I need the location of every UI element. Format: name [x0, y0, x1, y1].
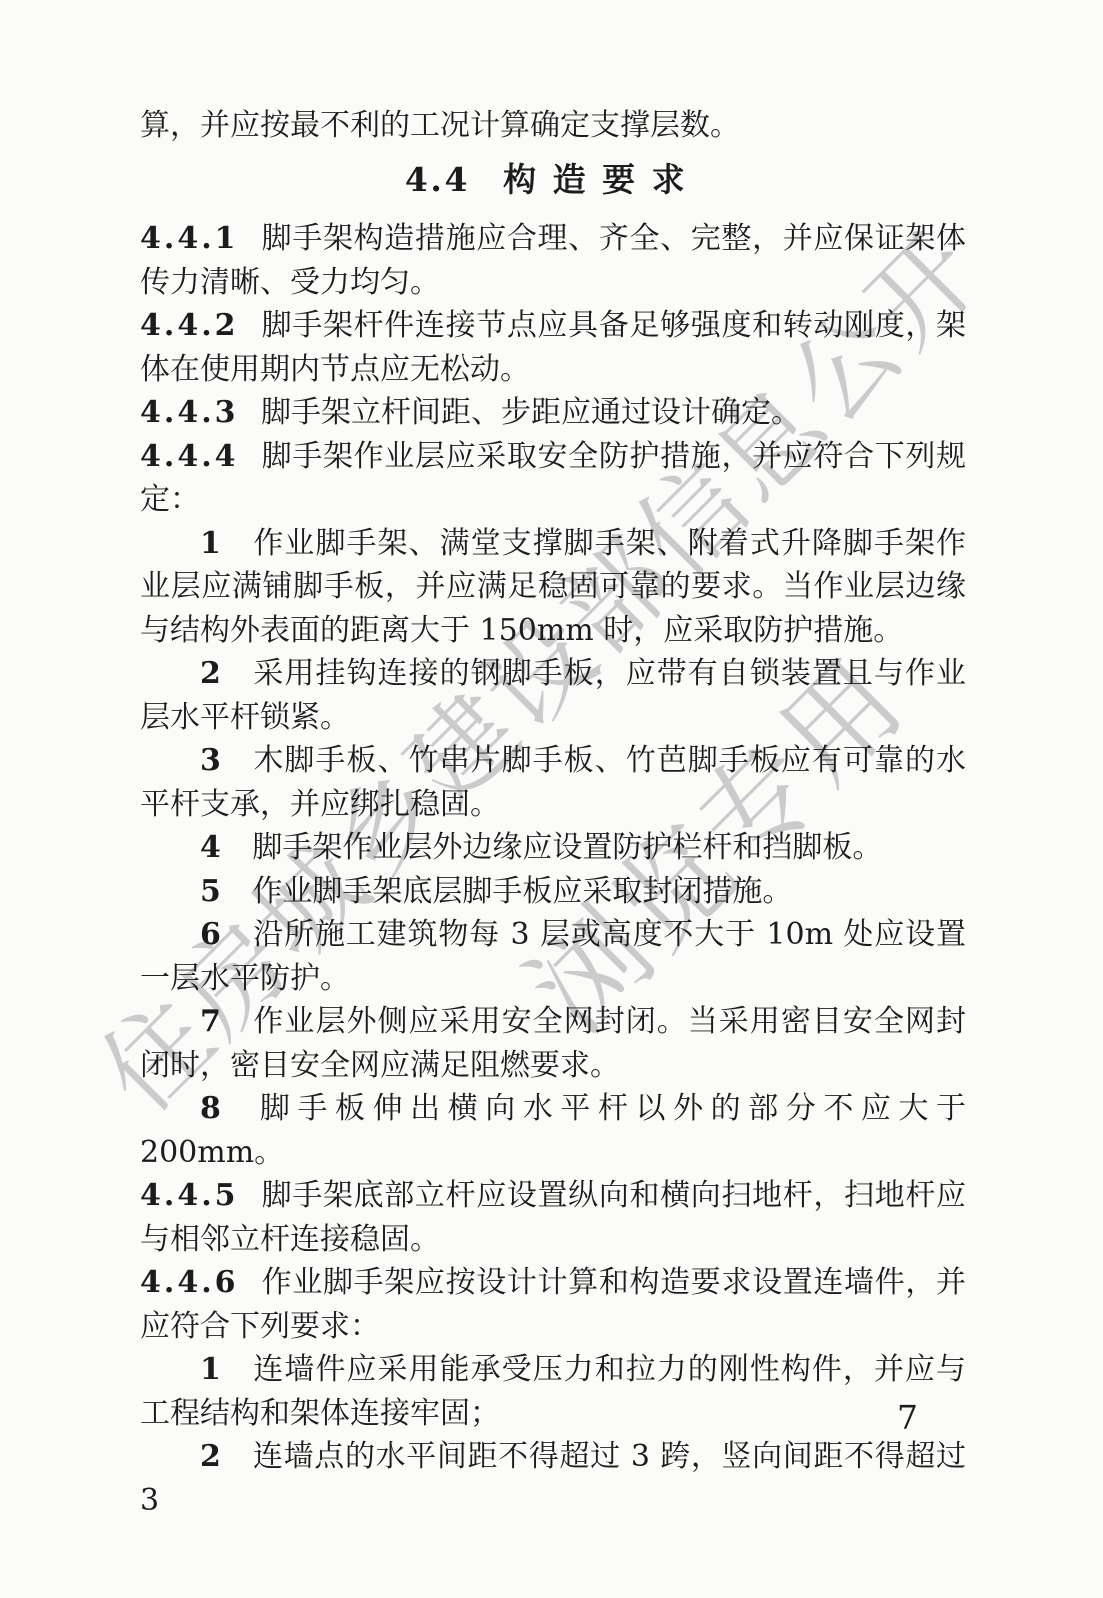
- item-text: 连墙件应采用能承受压力和拉力的刚性构件，并应与工程结构和架体连接牢固；: [140, 1352, 966, 1431]
- clause-text: 脚手架立杆间距、步距应通过设计确定。: [261, 395, 801, 430]
- item-number: 7: [200, 1004, 221, 1039]
- clause-4-4-4-item-5: 5作业脚手架底层脚手板应采取封闭措施。: [140, 870, 966, 914]
- clause-4-4-4-item-1: 1作业脚手架、满堂支撑脚手架、附着式升降脚手架作业层应满铺脚手板，并应满足稳固可…: [140, 522, 966, 653]
- item-text: 作业层外侧应采用安全网封闭。当采用密目安全网封闭时，密目安全网应满足阻燃要求。: [140, 1004, 966, 1083]
- item-number: 2: [200, 1439, 221, 1474]
- section-number: 4.4: [405, 160, 470, 199]
- clause-text: 脚手架作业层应采取安全防护措施，并应符合下列规定：: [140, 439, 966, 518]
- clause-number: 4.4.4: [140, 439, 239, 474]
- clause-4-4-2: 4.4.2脚手架杆件连接节点应具备足够强度和转动刚度，架体在使用期内节点应无松动…: [140, 304, 966, 391]
- item-text: 采用挂钩连接的钢脚手板，应带有自锁装置且与作业层水平杆锁紧。: [140, 656, 966, 735]
- clause-text: 作业脚手架应按设计计算和构造要求设置连墙件，并应符合下列要求：: [140, 1265, 966, 1344]
- clause-number: 4.4.2: [140, 308, 239, 343]
- item-number: 5: [200, 874, 221, 909]
- clause-4-4-4-item-8: 8脚手板伸出横向水平杆以外的部分不应大于 200mm。: [140, 1087, 966, 1174]
- item-text: 木脚手板、竹串片脚手板、竹芭脚手板应有可靠的水平杆支承，并应绑扎稳固。: [140, 743, 966, 822]
- clause-4-4-4-item-3: 3木脚手板、竹串片脚手板、竹芭脚手板应有可靠的水平杆支承，并应绑扎稳固。: [140, 739, 966, 826]
- page-number: 7: [897, 1398, 918, 1437]
- clause-4-4-6-item-1: 1连墙件应采用能承受压力和拉力的刚性构件，并应与工程结构和架体连接牢固；: [140, 1348, 966, 1435]
- clause-4-4-4-item-2: 2采用挂钩连接的钢脚手板，应带有自锁装置且与作业层水平杆锁紧。: [140, 652, 966, 739]
- clause-4-4-5: 4.4.5脚手架底部立杆应设置纵向和横向扫地杆，扫地杆应与相邻立杆连接稳固。: [140, 1174, 966, 1261]
- paragraph-intro-continuation: 算，并应按最不利的工况计算确定支撑层数。: [140, 104, 966, 148]
- clause-number: 4.4.1: [140, 221, 239, 256]
- item-number: 3: [200, 743, 221, 778]
- clause-number: 4.4.3: [140, 395, 239, 430]
- item-number: 4: [200, 830, 221, 865]
- clause-number: 4.4.6: [140, 1265, 239, 1300]
- item-text: 作业脚手架、满堂支撑脚手架、附着式升降脚手架作业层应满铺脚手板，并应满足稳固可靠…: [140, 526, 966, 648]
- clause-4-4-3: 4.4.3脚手架立杆间距、步距应通过设计确定。: [140, 391, 966, 435]
- item-number: 1: [200, 1352, 221, 1387]
- clause-4-4-4-item-4: 4脚手架作业层外边缘应设置防护栏杆和挡脚板。: [140, 826, 966, 870]
- clause-4-4-4: 4.4.4脚手架作业层应采取安全防护措施，并应符合下列规定：: [140, 435, 966, 522]
- clause-text: 脚手架构造措施应合理、齐全、完整，并应保证架体传力清晰、受力均匀。: [140, 221, 966, 300]
- clause-4-4-4-item-7: 7作业层外侧应采用安全网封闭。当采用密目安全网封闭时，密目安全网应满足阻燃要求。: [140, 1000, 966, 1087]
- section-title: 构造要求: [503, 160, 701, 199]
- clause-text: 脚手架杆件连接节点应具备足够强度和转动刚度，架体在使用期内节点应无松动。: [140, 308, 966, 387]
- item-text: 脚手板伸出横向水平杆以外的部分不应大于 200mm。: [140, 1091, 966, 1170]
- item-number: 1: [200, 526, 221, 561]
- item-number: 8: [200, 1091, 221, 1126]
- clause-4-4-4-item-6: 6沿所施工建筑物每 3 层或高度不大于 10m 处应设置一层水平防护。: [140, 913, 966, 1000]
- document-page: 住房城乡建设部信息公开 浏览专用 算，并应按最不利的工况计算确定支撑层数。 4.…: [0, 0, 1103, 1598]
- item-number: 2: [200, 656, 221, 691]
- item-text: 脚手架作业层外边缘应设置防护栏杆和挡脚板。: [252, 830, 882, 865]
- item-text: 连墙点的水平间距不得超过 3 跨，竖向间距不得超过 3: [140, 1439, 966, 1518]
- clause-4-4-1: 4.4.1脚手架构造措施应合理、齐全、完整，并应保证架体传力清晰、受力均匀。: [140, 217, 966, 304]
- clause-4-4-6-item-2: 2连墙点的水平间距不得超过 3 跨，竖向间距不得超过 3: [140, 1435, 966, 1522]
- clause-text: 脚手架底部立杆应设置纵向和横向扫地杆，扫地杆应与相邻立杆连接稳固。: [140, 1178, 966, 1257]
- item-text: 作业脚手架底层脚手板应采取封闭措施。: [252, 874, 792, 909]
- section-heading: 4.4构造要求: [140, 158, 966, 202]
- item-text: 沿所施工建筑物每 3 层或高度不大于 10m 处应设置一层水平防护。: [140, 917, 966, 996]
- clause-4-4-6: 4.4.6作业脚手架应按设计计算和构造要求设置连墙件，并应符合下列要求：: [140, 1261, 966, 1348]
- page-body: 算，并应按最不利的工况计算确定支撑层数。 4.4构造要求 4.4.1脚手架构造措…: [140, 104, 966, 1522]
- item-number: 6: [200, 917, 221, 952]
- clause-number: 4.4.5: [140, 1178, 239, 1213]
